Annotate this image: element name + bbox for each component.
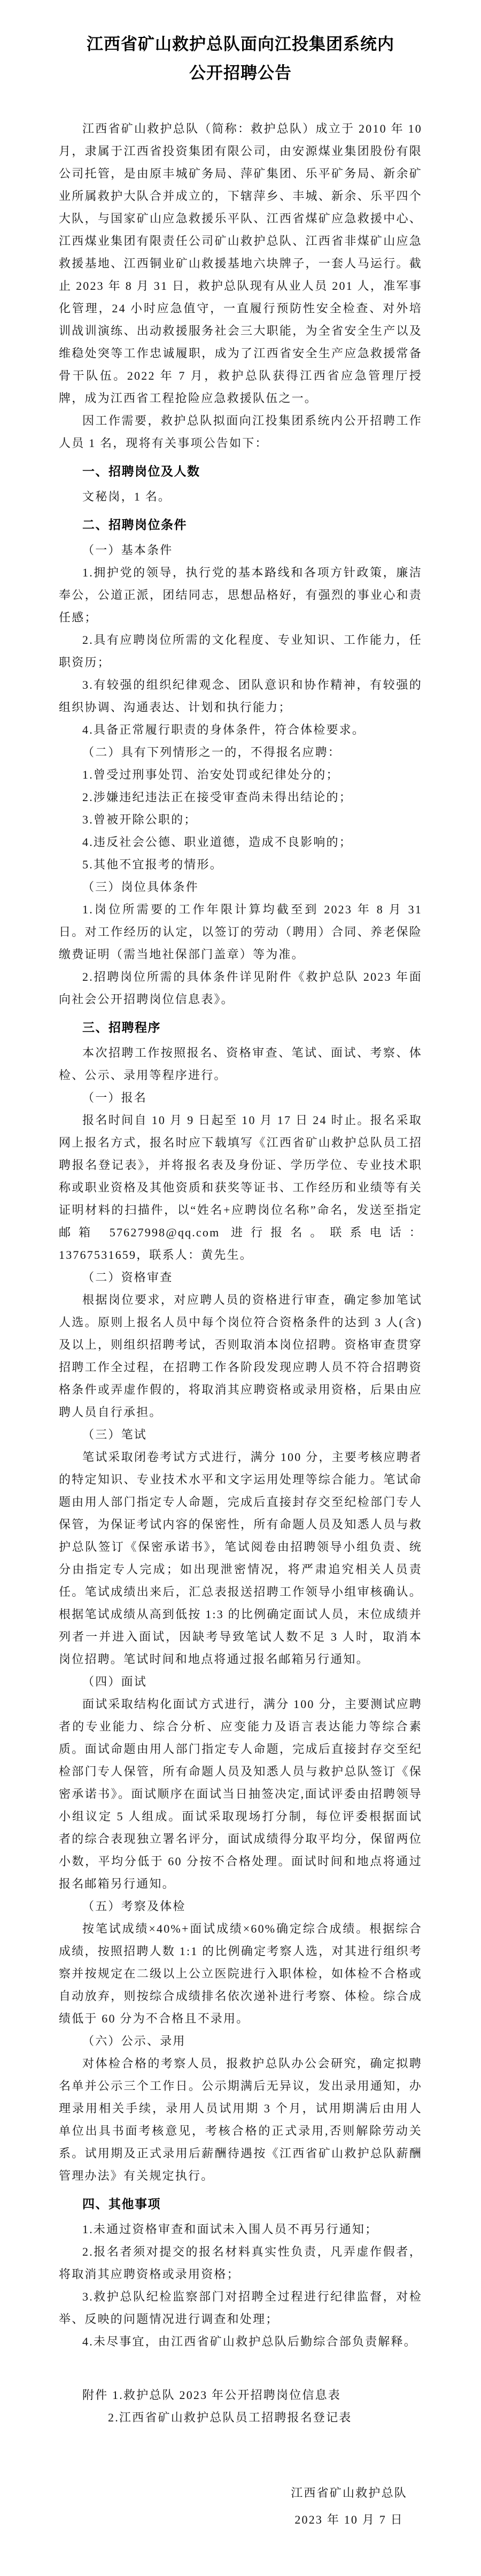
subsection-heading-qualification-review: （二）资格审查 [59, 1266, 422, 1289]
paragraph-disqualification-1: 1.曾受过刑事处罚、治安处罚或纪律处分的； [59, 764, 422, 786]
announcement-document: 江西省矿山救护总队面向江投集团系统内 公开招聘公告 江西省矿山救护总队（简称：救… [0, 0, 481, 2576]
paragraph-basic-condition-3: 3.有较强的组织纪律观念、团队意识和协作精神，有较强的组织协调、沟通表达、计划和… [59, 674, 422, 719]
paragraph-publicity-employment-details: 对体检合格的考察人员，报救护总队办公会研究，确定拟聘名单并公示三个工作日。公示期… [59, 2052, 422, 2187]
paragraph-qualification-review-details: 根据岗位要求，对应聘人员的资格进行审查，确定参加笔试人选。原则上报名人员中每个岗… [59, 1289, 422, 1424]
paragraph-other-matter-1: 1.未通过资格审查和面试未入围人员不再另行通知； [59, 2218, 422, 2241]
signature-organization: 江西省矿山救护总队 [291, 2480, 407, 2506]
paragraph-specific-condition-2: 2.招聘岗位所需的具体条件详见附件《救护总队 2023 年面向社会公开招聘岗位信… [59, 966, 422, 1011]
document-header: 江西省矿山救护总队面向江投集团系统内 公开招聘公告 [59, 30, 422, 88]
paragraph-other-matter-3: 3.救护总队纪检监察部门对招聘全过程进行纪律监督，对检举、反映的问题情况进行调查… [59, 2286, 422, 2331]
paragraph-disqualification-2: 2.涉嫌违纪违法正在接受审查尚未得出结论的； [59, 786, 422, 809]
paragraph-disqualification-3: 3.曾被开除公职的； [59, 809, 422, 831]
subsection-heading-inspection-physical: （五）考察及体检 [59, 1895, 422, 1918]
subsection-heading-disqualifications: （二）具有下列情形之一的，不得报名应聘： [59, 741, 422, 764]
paragraph-written-test-details: 笔试采取闭卷考试方式进行，满分 100 分，主要考核应聘者的特定知识、专业技术水… [59, 1446, 422, 1671]
paragraph-intro-overview: 江西省矿山救护总队（简称：救护总队）成立于 2010 年 10 月，隶属于江西省… [59, 118, 422, 410]
paragraph-disqualification-4: 4.违反社会公德、职业道德，造成不良影响的； [59, 831, 422, 853]
attachment-list-line-2: 2.江西省矿山救护总队员工招聘报名登记表 [59, 2406, 422, 2429]
paragraph-specific-condition-1: 1.岗位所需要的工作年限计算均截至到 2023 年 8 月 31 日。对工作经历… [59, 898, 422, 966]
paragraph-basic-condition-1: 1.拥护党的领导，执行党的基本路线和各项方针政策，廉洁奉公，公道正派，团结同志，… [59, 562, 422, 629]
paragraph-intro-purpose: 因工作需要，救护总队拟面向江投集团系统内公开招聘工作人员 1 名，现将有关事项公… [59, 410, 422, 455]
section-heading-1-positions: 一、招聘岗位及人数 [59, 460, 422, 482]
subsection-heading-publicity-employment: （六）公示、录用 [59, 2030, 422, 2052]
signature-date: 2023 年 10 月 7 日 [291, 2506, 407, 2533]
section-heading-2-requirements: 二、招聘岗位条件 [59, 513, 422, 536]
paragraph-inspection-physical-details: 按笔试成绩×40%+面试成绩×60%确定综合成绩。根据综合成绩，按照招聘人数 1… [59, 1918, 422, 2030]
subsection-heading-specific-conditions: （三）岗位具体条件 [59, 876, 422, 898]
paragraph-interview-details: 面试采取结构化面试方式进行，满分 100 分，主要测试应聘者的专业能力、综合分析… [59, 1693, 422, 1895]
section-heading-3-procedure: 三、招聘程序 [59, 1016, 422, 1039]
subsection-heading-written-test: （三）笔试 [59, 1424, 422, 1446]
paragraph-other-matter-4: 4.未尽事宜，由江西省矿山救护总队后勤综合部负责解释。 [59, 2331, 422, 2353]
subsection-heading-basic-conditions: （一）基本条件 [59, 539, 422, 562]
subsection-heading-registration: （一）报名 [59, 1087, 422, 1109]
document-title-line-1: 江西省矿山救护总队面向江投集团系统内 [59, 30, 422, 59]
signature-block: 江西省矿山救护总队 2023 年 10 月 7 日 [291, 2480, 407, 2533]
document-title-line-2: 公开招聘公告 [59, 59, 422, 88]
paragraph-basic-condition-2: 2.具有应聘岗位所需的文化程度、专业知识、工作能力，任职资历； [59, 629, 422, 674]
paragraph-basic-condition-4: 4.具备正常履行职责的身体条件，符合体检要求。 [59, 719, 422, 741]
attachment-list-line-1: 附件 1.救护总队 2023 年公开招聘岗位信息表 [59, 2384, 422, 2406]
paragraph-other-matter-2: 2.报名者须对提交的报名材料真实性负责，凡弄虚作假者，将取消其应聘资格或录用资格… [59, 2241, 422, 2286]
section-heading-4-other-matters: 四、其他事项 [59, 2193, 422, 2215]
paragraph-position-count: 文秘岗，1 名。 [59, 486, 422, 508]
paragraph-disqualification-5: 5.其他不宜报考的情形。 [59, 853, 422, 876]
paragraph-registration-details: 报名时间自 10 月 9 日起至 10 月 17 日 24 时止。报名采取网上报… [59, 1109, 422, 1266]
paragraph-procedure-overview: 本次招聘工作按照报名、资格审查、笔试、面试、考察、体检、公示、录用等程序进行。 [59, 1042, 422, 1087]
subsection-heading-interview: （四）面试 [59, 1671, 422, 1693]
